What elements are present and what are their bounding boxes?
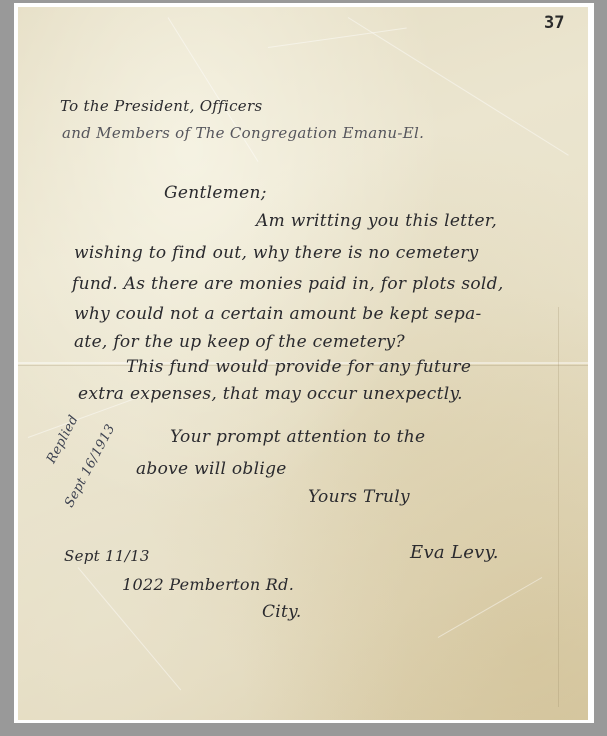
body-line: wishing to find out, why there is no cem… (74, 243, 479, 263)
address-line: City. (262, 602, 302, 622)
body-line: ate, for the up keep of the cemetery? (74, 332, 405, 352)
closing: Yours Truly (308, 487, 410, 507)
body-line: extra expenses, that may occur unexpectl… (78, 384, 463, 404)
page-number: 37 (544, 13, 564, 33)
crease-line (268, 28, 407, 48)
greeting: Gentlemen; (164, 183, 267, 203)
crease-line (438, 577, 542, 638)
body-line: This fund would provide for any future (126, 357, 471, 377)
signature: Eva Levy. (410, 542, 499, 563)
body-line: Am writting you this letter, (256, 211, 497, 231)
address-line: 1022 Pemberton Rd. (122, 575, 294, 594)
body-line: why could not a certain amount be kept s… (74, 304, 482, 324)
salutation-line-1: To the President, Officers (60, 97, 262, 115)
margin-note-line: Replied (44, 413, 82, 466)
salutation-line-2: and Members of The Congregation Emanu-El… (62, 124, 424, 142)
body-line: above will oblige (136, 459, 287, 479)
letter-page: 37 To the President, Officers and Member… (18, 7, 588, 720)
letter-date: Sept 11/13 (64, 547, 150, 565)
body-line: fund. As there are monies paid in, for p… (72, 274, 504, 294)
crease-line (558, 307, 559, 707)
body-line: Your prompt attention to the (170, 427, 425, 447)
